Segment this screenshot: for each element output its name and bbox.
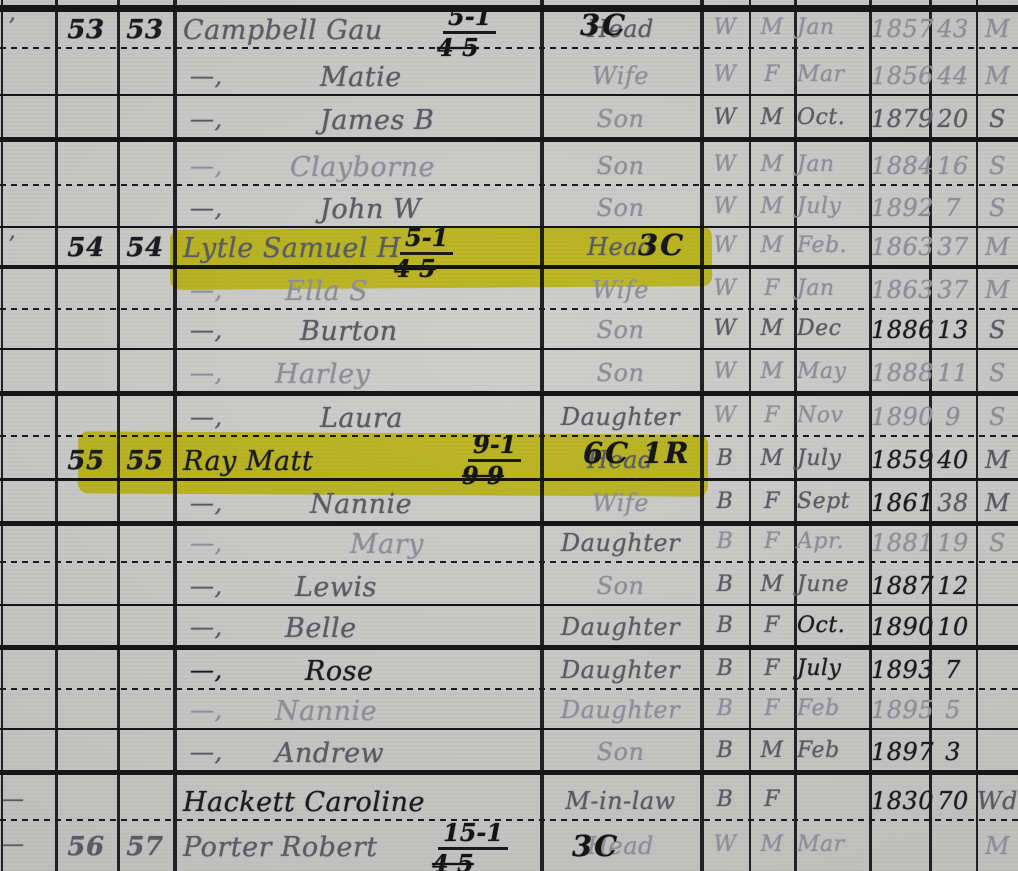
row-rule	[0, 728, 1018, 730]
birth-year: 1893	[871, 656, 928, 684]
marital-status: S	[977, 529, 1018, 557]
family-number: 53	[117, 15, 173, 45]
sheet-line-fraction: 5-14 5	[443, 4, 496, 61]
birth-year: 1887	[871, 572, 928, 600]
marital-status: M	[977, 832, 1018, 860]
ditto-mark: —,	[190, 316, 223, 344]
person-name: Nannie	[310, 489, 412, 520]
sex-column-entry: M	[750, 832, 794, 857]
sex-column-entry: F	[750, 62, 794, 87]
age: 43	[930, 15, 976, 43]
fraction-bottom: 4 5	[437, 34, 496, 61]
row-rule	[0, 137, 1018, 142]
relation: Son	[543, 152, 698, 180]
sex-column-entry: F	[750, 613, 794, 638]
relation: Son	[543, 738, 698, 766]
sex-column-entry: F	[750, 787, 794, 812]
row-rule	[0, 770, 1018, 775]
row-rule	[0, 645, 1018, 650]
birth-month: Apr.	[797, 529, 868, 554]
marital-status: S	[977, 152, 1018, 180]
birth-year: 1895	[871, 696, 928, 724]
relation: Wife	[543, 276, 698, 304]
marital-status: S	[977, 359, 1018, 387]
relation: M-in-law	[543, 787, 698, 815]
race-column-entry: W	[701, 316, 749, 341]
age: 11	[930, 359, 976, 387]
ditto-mark: —,	[190, 152, 223, 180]
birth-month: June	[797, 572, 868, 597]
race-column-entry: W	[701, 233, 749, 258]
age: 70	[930, 787, 976, 815]
ditto-mark: —,	[190, 738, 223, 766]
relation: Daughter	[543, 529, 698, 557]
person-name: Lytle Samuel H	[183, 233, 401, 264]
family-number: 54	[117, 233, 173, 263]
marital-status: M	[977, 62, 1018, 90]
birth-month: Feb	[797, 738, 868, 763]
sex-column-entry: F	[750, 696, 794, 721]
birth-year: 1863	[871, 276, 928, 304]
race-column-entry: B	[701, 529, 749, 554]
sex-column-entry: M	[750, 15, 794, 40]
marital-status: M	[977, 446, 1018, 474]
person-name: Ray Matt	[183, 446, 313, 477]
birth-month: July	[797, 194, 868, 219]
sex-column-entry: M	[750, 105, 794, 130]
person-name: Lewis	[295, 572, 377, 603]
birth-year: 1888	[871, 359, 928, 387]
fraction-bottom: 4 5	[432, 850, 508, 871]
person-name: Campbell Gau	[183, 15, 383, 46]
race-column-entry: B	[701, 446, 749, 471]
marital-status: S	[977, 105, 1018, 133]
fraction-top: 15-1	[438, 820, 508, 850]
age: 38	[930, 489, 976, 517]
sex-column-entry: M	[750, 152, 794, 177]
race-column-entry: W	[701, 152, 749, 177]
birth-month: Jan	[797, 152, 868, 177]
ditto-mark: —,	[190, 276, 223, 304]
sex-column-entry: M	[750, 359, 794, 384]
sex-column-entry: M	[750, 738, 794, 763]
person-name: Burton	[300, 316, 398, 347]
sex-column-entry: F	[750, 403, 794, 428]
relation: Daughter	[543, 656, 698, 684]
birth-month: Sept	[797, 489, 868, 514]
race-column-entry: B	[701, 787, 749, 812]
birth-month: Nov	[797, 403, 868, 428]
dwelling-number: 53	[55, 15, 117, 45]
person-name: Andrew	[275, 738, 384, 769]
age: 12	[930, 572, 976, 600]
family-number: 57	[117, 832, 173, 862]
race-column-entry: B	[701, 656, 749, 681]
race-column-entry: W	[701, 276, 749, 301]
enumeration-note: 3C	[638, 228, 685, 262]
marital-status: M	[977, 233, 1018, 261]
person-name: Harley	[275, 359, 370, 390]
relation: Son	[543, 359, 698, 387]
birth-year: 1886	[871, 316, 928, 344]
marital-status: M	[977, 276, 1018, 304]
age: 7	[930, 194, 976, 222]
row-rule	[0, 561, 1018, 563]
margin-mark: —	[2, 832, 22, 857]
relation: Wife	[543, 489, 698, 517]
race-column-entry: W	[701, 403, 749, 428]
birth-month: July	[797, 656, 868, 681]
age: 13	[930, 316, 976, 344]
ditto-mark: —,	[190, 696, 223, 724]
relation: Son	[543, 194, 698, 222]
sheet-line-fraction: 5-14 5	[400, 225, 453, 282]
race-column-entry: W	[701, 105, 749, 130]
relation: Head	[543, 832, 698, 860]
birth-month: Dec	[797, 316, 868, 341]
person-name: Belle	[285, 613, 357, 644]
row-rule	[0, 5, 1018, 12]
dwelling-number: 56	[55, 832, 117, 862]
person-name: Rose	[305, 656, 373, 687]
census-ledger-scan: ’5353Campbell GauHeadWMJan185743M5-14 53…	[0, 0, 1018, 871]
family-number: 55	[117, 446, 173, 476]
birth-month: July	[797, 446, 868, 471]
age: 37	[930, 276, 976, 304]
race-column-entry: B	[701, 696, 749, 721]
dwelling-number: 55	[55, 446, 117, 476]
marital-status: M	[977, 15, 1018, 43]
race-column-entry: B	[701, 489, 749, 514]
fraction-bottom: 9 9	[462, 462, 521, 489]
marital-status: M	[977, 489, 1018, 517]
birth-month: Oct.	[797, 105, 868, 130]
person-name: John W	[320, 194, 421, 225]
birth-year: 1859	[871, 446, 928, 474]
ditto-mark: —,	[190, 656, 223, 684]
birth-month: Jan	[797, 15, 868, 40]
birth-year: 1897	[871, 738, 928, 766]
birth-month: Mar	[797, 62, 868, 87]
marital-status: S	[977, 403, 1018, 431]
fraction-bottom: 4 5	[394, 255, 453, 282]
relation: Son	[543, 316, 698, 344]
age: 40	[930, 446, 976, 474]
race-column-entry: B	[701, 738, 749, 763]
birth-year: 1857	[871, 15, 928, 43]
race-column-entry: B	[701, 613, 749, 638]
sheet-line-fraction: 9-19 9	[468, 432, 521, 489]
birth-year: 1890	[871, 403, 928, 431]
enumeration-note: 3C	[572, 829, 619, 863]
enumeration-note: 6C 1R	[583, 436, 691, 470]
row-rule	[0, 688, 1018, 690]
person-name: Clayborne	[290, 152, 435, 183]
row-rule	[0, 604, 1018, 606]
relation: Daughter	[543, 696, 698, 724]
birth-year: 1830	[871, 787, 928, 815]
sex-column-entry: M	[750, 572, 794, 597]
dwelling-number: 54	[55, 233, 117, 263]
birth-year: 1861	[871, 489, 928, 517]
age: 7	[930, 656, 976, 684]
person-name: James B	[320, 105, 434, 136]
birth-year: 1890	[871, 613, 928, 641]
age: 20	[930, 105, 976, 133]
person-name: Porter Robert	[183, 832, 378, 863]
sex-column-entry: M	[750, 446, 794, 471]
enumeration-note: 3C	[580, 8, 627, 42]
birth-year: 1863	[871, 233, 928, 261]
birth-month: May	[797, 359, 868, 384]
relation: Son	[543, 105, 698, 133]
sex-column-entry: F	[750, 489, 794, 514]
ditto-mark: —,	[190, 529, 223, 557]
person-name: Ella S	[285, 276, 368, 307]
age: 9	[930, 403, 976, 431]
ditto-mark: —,	[190, 62, 223, 90]
birth-month: Feb	[797, 696, 868, 721]
ditto-mark: —,	[190, 194, 223, 222]
ditto-mark: —,	[190, 359, 223, 387]
row-rule	[0, 184, 1018, 186]
sex-column-entry: F	[750, 529, 794, 554]
relation: Daughter	[543, 403, 698, 431]
race-column-entry: W	[701, 359, 749, 384]
margin-mark: ’	[2, 233, 22, 258]
age: 5	[930, 696, 976, 724]
sex-column-entry: F	[750, 276, 794, 301]
age: 16	[930, 152, 976, 180]
race-column-entry: B	[701, 572, 749, 597]
birth-year: 1879	[871, 105, 928, 133]
ditto-mark: —,	[190, 572, 223, 600]
race-column-entry: W	[701, 832, 749, 857]
person-name: Matie	[320, 62, 402, 93]
race-column-entry: W	[701, 15, 749, 40]
birth-year: 1881	[871, 529, 928, 557]
sheet-line-fraction: 15-14 5	[438, 820, 508, 871]
birth-year: 1892	[871, 194, 928, 222]
race-column-entry: W	[701, 62, 749, 87]
birth-month: Jan	[797, 276, 868, 301]
marital-status: S	[977, 194, 1018, 222]
row-rule	[0, 308, 1018, 310]
age: 19	[930, 529, 976, 557]
person-name: Nannie	[275, 696, 377, 727]
marital-status: S	[977, 316, 1018, 344]
birth-year: 1884	[871, 152, 928, 180]
marital-status: Wd	[977, 787, 1018, 815]
row-rule	[0, 47, 1018, 49]
birth-month: Mar	[797, 832, 868, 857]
fraction-top: 5-1	[443, 4, 496, 34]
race-column-entry: W	[701, 194, 749, 219]
sex-column-entry: M	[750, 194, 794, 219]
sex-column-entry: M	[750, 233, 794, 258]
person-name: Laura	[320, 403, 403, 434]
age: 10	[930, 613, 976, 641]
margin-mark: ’	[2, 15, 22, 40]
fraction-top: 5-1	[400, 225, 453, 255]
birth-year: 1856	[871, 62, 928, 90]
row-rule	[0, 521, 1018, 526]
relation: Son	[543, 572, 698, 600]
ditto-mark: —,	[190, 403, 223, 431]
row-rule	[0, 391, 1018, 396]
age: 3	[930, 738, 976, 766]
age: 37	[930, 233, 976, 261]
ditto-mark: —,	[190, 489, 223, 517]
row-rule	[0, 348, 1018, 350]
fraction-top: 9-1	[468, 432, 521, 462]
margin-mark: —	[2, 787, 22, 812]
ditto-mark: —,	[190, 613, 223, 641]
sex-column-entry: M	[750, 316, 794, 341]
row-rule	[0, 94, 1018, 96]
row-rule	[0, 819, 1018, 821]
relation: Daughter	[543, 613, 698, 641]
person-name: Hackett Caroline	[183, 787, 425, 818]
birth-month: Feb.	[797, 233, 868, 258]
person-name: Mary	[350, 529, 424, 560]
birth-month: Oct.	[797, 613, 868, 638]
ditto-mark: —,	[190, 105, 223, 133]
sex-column-entry: F	[750, 656, 794, 681]
age: 44	[930, 62, 976, 90]
relation: Wife	[543, 62, 698, 90]
